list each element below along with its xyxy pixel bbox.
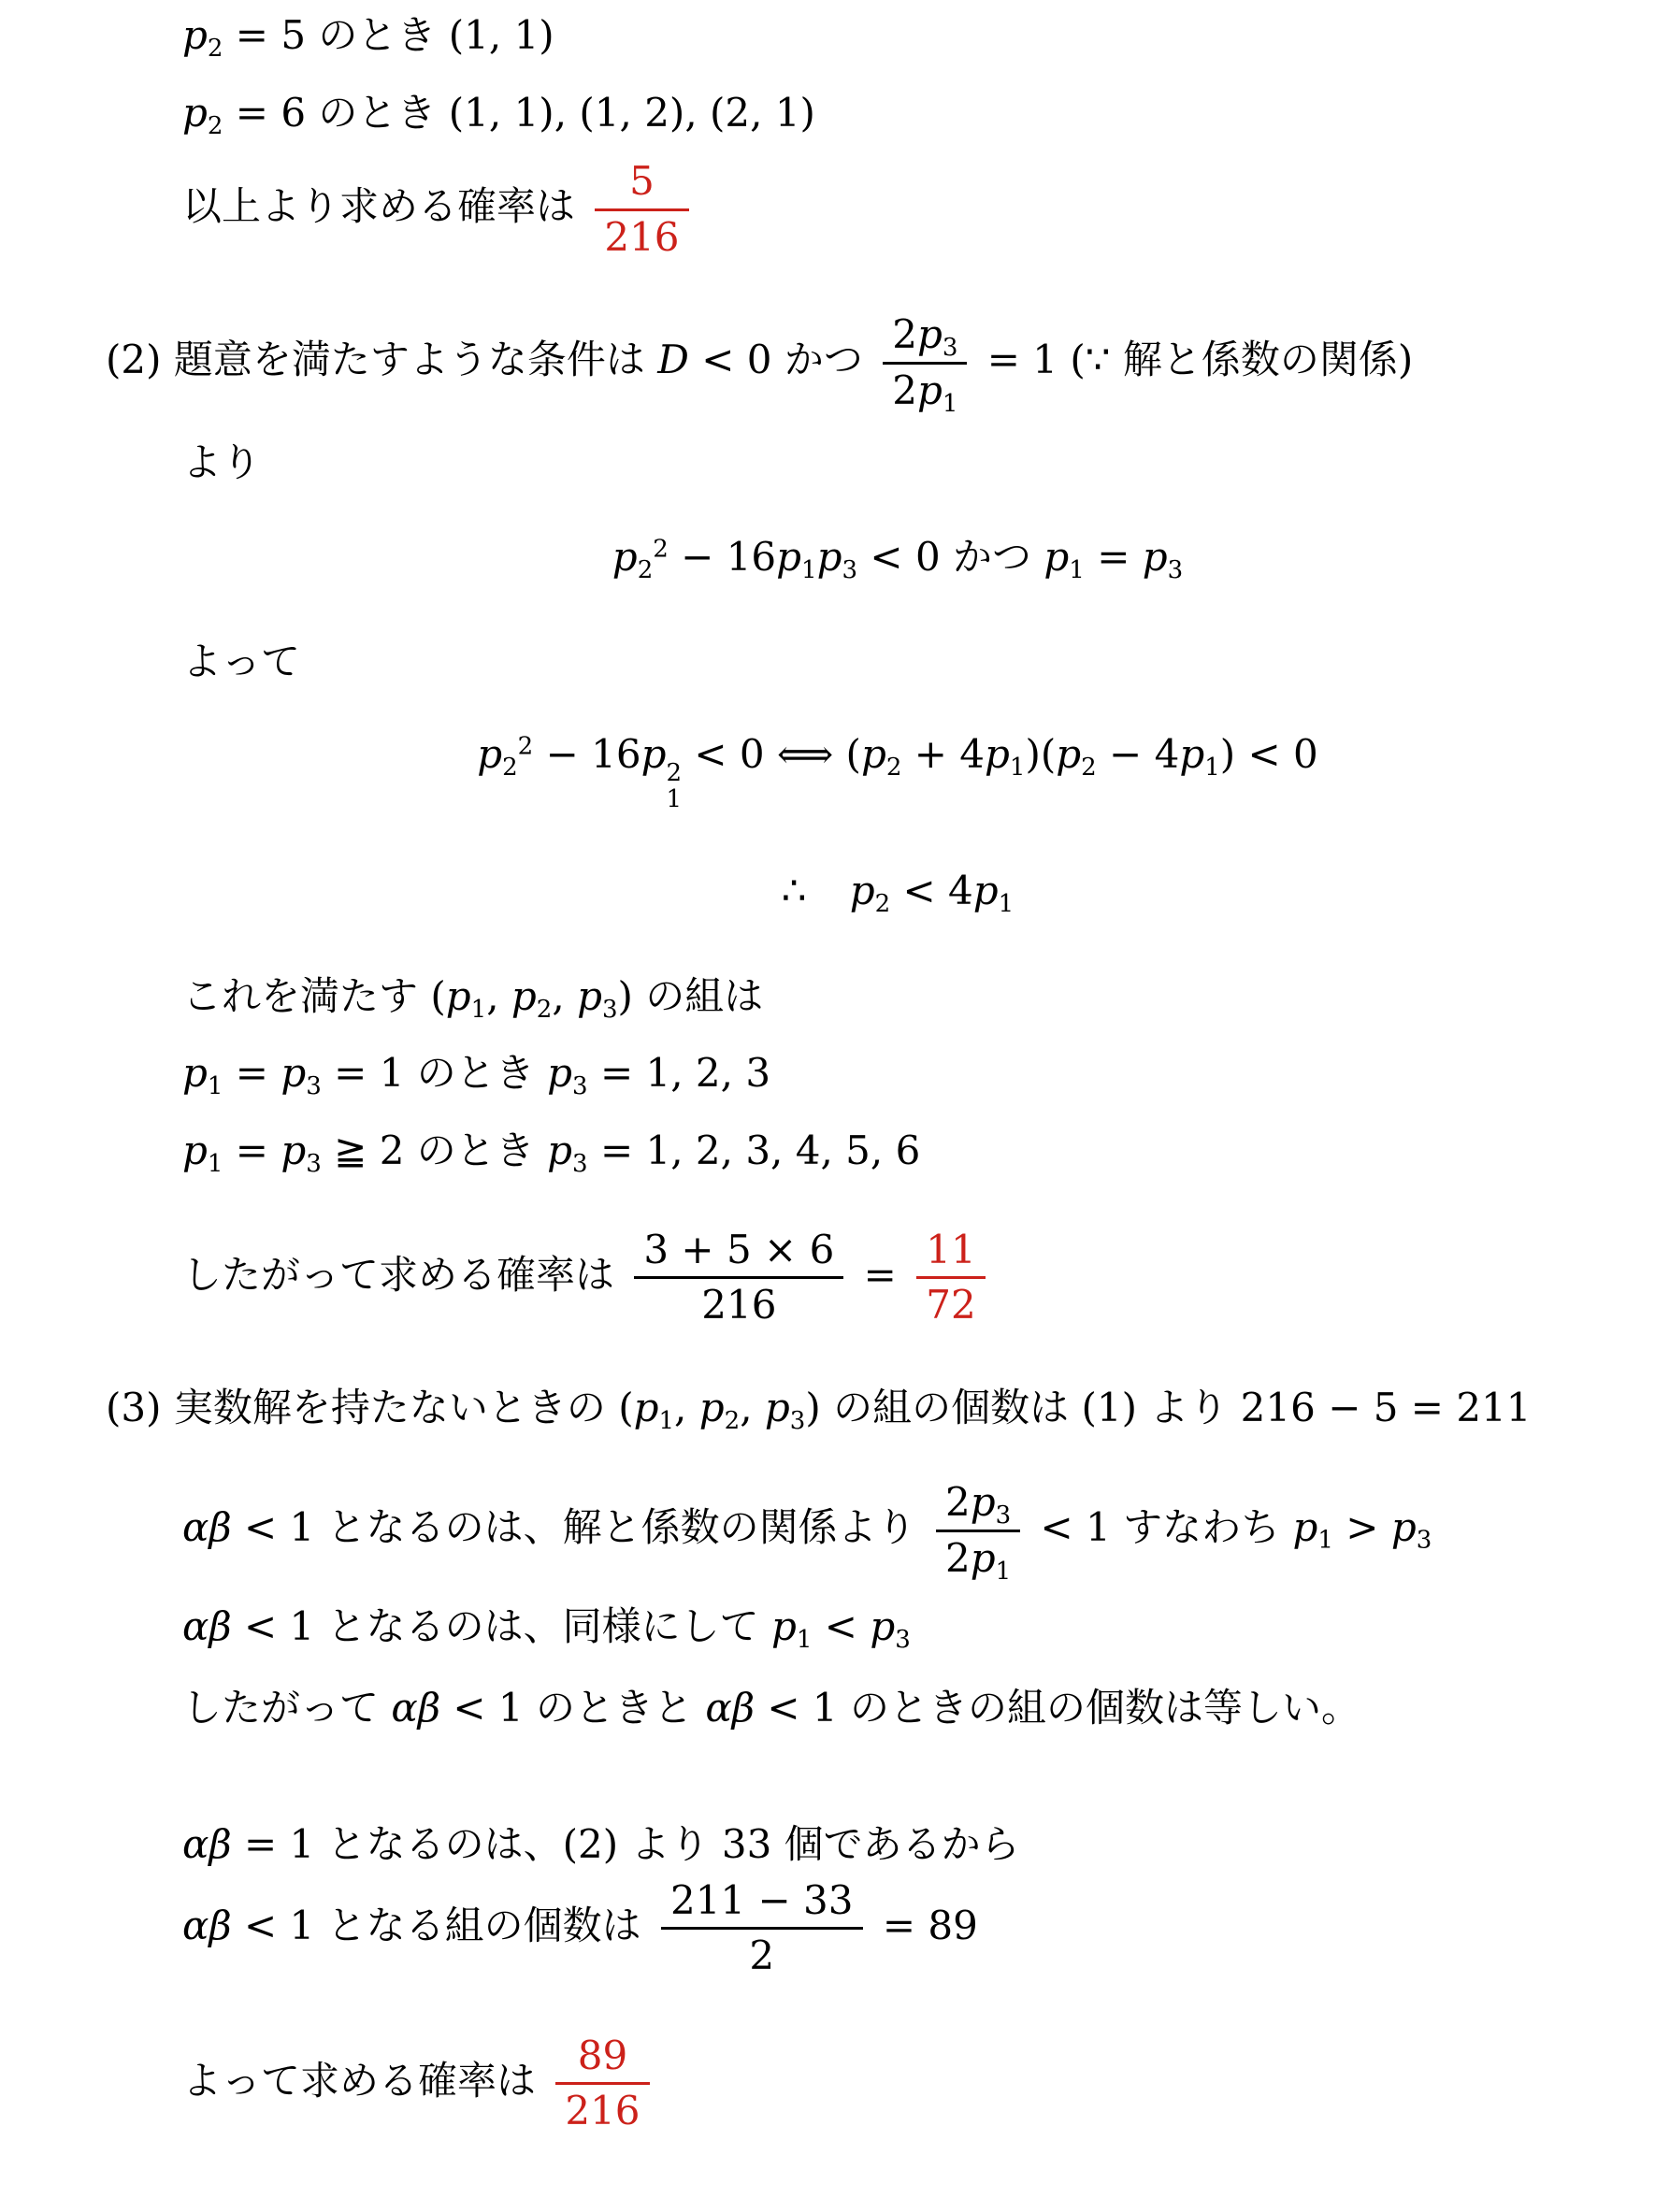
math-text: < 4 [890, 868, 973, 913]
math-text: 211 − 33 [670, 1877, 854, 1923]
math-text: ( [430, 973, 445, 1019]
math-variable: p [182, 1050, 208, 1096]
math-text: 5 [629, 158, 655, 204]
math-variable: p [817, 534, 842, 580]
math-text: 3 + 5 × 6 [643, 1227, 834, 1272]
math-text: 216 [701, 1282, 776, 1328]
fraction-denominator: 2p1 [883, 362, 967, 414]
math-variable: p [182, 90, 208, 136]
math-variable: αβ [182, 1504, 232, 1550]
fraction: 211 − 332 [661, 1877, 863, 1980]
subscript: 1 [658, 1406, 674, 1434]
math-variable: p [182, 12, 208, 58]
ja-text: のとき [318, 90, 448, 136]
superscript: 2 [653, 535, 669, 563]
fraction-numerator: 2p3 [936, 1479, 1020, 1529]
math-variable: p [281, 1050, 306, 1096]
math-text: 216 [565, 2088, 640, 2133]
subscript: 1 [1010, 754, 1026, 782]
math-text: = 1, 2, 3 [588, 1050, 770, 1096]
subscript: 2 [725, 1406, 741, 1434]
ja-text: となるのは、 [327, 1821, 563, 1867]
math-text: ) [618, 973, 646, 1019]
fraction-numerator: 5 [595, 158, 688, 208]
math-text: (3) [106, 1385, 174, 1430]
math-text: , [674, 1385, 699, 1430]
math-text: = 1 [322, 1050, 417, 1096]
line-case-geq-2: p1 = p3 ≧ 2 のとき p3 = 1, 2, 3, 4, 5, 6 [182, 1125, 1655, 1178]
math-text: 2 [945, 1535, 971, 1581]
line-yori: より [182, 437, 1655, 490]
ja-text: のときの組の個数は等しい。 [850, 1685, 1360, 1731]
line-ab-less-1-vieta: αβ < 1 となるのは、解と係数の関係より 2p32p1 < 1 すなわち p… [182, 1479, 1655, 1582]
ja-text: かつ [953, 534, 1043, 580]
subscript: 2 [886, 754, 902, 782]
math-text: ∴ [782, 868, 807, 913]
fraction: 1172 [916, 1227, 985, 1329]
math-variable: p [577, 973, 602, 1019]
subscript: 3 [842, 555, 858, 583]
math-text: = [223, 1050, 281, 1096]
subscript: 3 [943, 334, 958, 362]
math-text: 216 [604, 214, 679, 260]
ja-text: となる組の個数は [327, 1903, 654, 1948]
subscript: 3 [895, 1626, 911, 1654]
math-text: = [1085, 534, 1143, 580]
math-variable: p [1043, 534, 1069, 580]
ja-text: 以上より求める確率は [182, 183, 587, 229]
fraction-denominator: 216 [555, 2082, 649, 2134]
stack-superscript: 2 [666, 761, 682, 786]
math-text: + 4 [901, 731, 985, 777]
line-counts-equal: したがって αβ < 1 のときと αβ < 1 のときの組の個数は等しい。 [182, 1682, 1655, 1735]
ja-text: 解と係数の関係 [1123, 337, 1398, 382]
superscript: 2 [518, 733, 534, 761]
math-variable: p [971, 1535, 996, 1581]
math-variable: p [1293, 1504, 1318, 1550]
subscript: 2 [1081, 754, 1097, 782]
subscript: 1 [943, 389, 958, 417]
subscript: 1 [801, 555, 817, 583]
math-text: 216 − 5 = 211 [1241, 1385, 1532, 1430]
math-variable: p [1391, 1504, 1417, 1550]
subscript: 3 [602, 995, 618, 1023]
subscript: 2 [638, 555, 654, 583]
fraction: 2p32p1 [883, 311, 967, 414]
math-text: = 1 [232, 1821, 327, 1867]
line-ab-less-1-count: αβ < 1 となる組の個数は 211 − 332 = 89 [182, 1877, 1655, 1980]
math-variable: D [657, 337, 689, 382]
subscript: 1 [996, 1557, 1012, 1585]
subscript: 2 [537, 995, 553, 1023]
ja-text: の組の個数は [833, 1385, 1081, 1430]
math-text: 33 [722, 1821, 784, 1867]
subscript: 1 [1317, 1527, 1333, 1555]
math-variable: p [547, 1128, 572, 1173]
subscript: 3 [996, 1501, 1012, 1530]
subscript: 2 [208, 35, 223, 63]
subscript: 3 [306, 1150, 322, 1178]
math-variable: p [765, 1385, 790, 1430]
math-text: < 1 [1028, 1504, 1123, 1550]
subscript: 3 [572, 1150, 588, 1178]
subscript: 1 [208, 1150, 223, 1178]
line-p2-equals-5: p2 = 5 のとき (1, 1) [182, 9, 1655, 63]
math-variable: p [182, 1128, 208, 1173]
line-part2-condition: (2) 題意を満たすような条件は D < 0 かつ 2p32p1 = 1 (∵ … [106, 311, 1655, 414]
ja-text: のときと [536, 1685, 705, 1731]
line-part3-count: (3) 実数解を持たないときの (p1, p2, p3) の組の個数は (1) … [106, 1382, 1655, 1435]
math-text: 2 [892, 311, 917, 357]
sub-sup-stack: 21 [666, 761, 682, 812]
math-text: ) [1398, 337, 1413, 382]
math-variable: p [776, 534, 801, 580]
ja-text: より [630, 1821, 721, 1867]
line-ab-less-1-similar: αβ < 1 となるのは、同様にして p1 < p3 [182, 1601, 1655, 1654]
math-variable: αβ [182, 1903, 232, 1948]
math-text: 2 [892, 367, 917, 413]
fraction-denominator: 216 [634, 1276, 843, 1329]
ja-text: よって求める確率は [182, 2058, 548, 2104]
math-variable: p [973, 868, 999, 913]
ja-text: よって [182, 639, 300, 684]
subscript: 1 [797, 1626, 813, 1654]
math-text: − 4 [1097, 731, 1180, 777]
math-variable: p [1056, 731, 1081, 777]
math-text: = 1, 2, 3, 4, 5, 6 [588, 1128, 921, 1173]
math-text: − 16 [533, 731, 640, 777]
ja-text: すなわち [1123, 1504, 1292, 1550]
fraction-denominator: 2p1 [936, 1530, 1020, 1582]
math-variable: p [861, 731, 886, 777]
fraction-numerator: 3 + 5 × 6 [634, 1227, 843, 1276]
line-eq-factored: p22 − 16p21 < 0 ⟺ (p2 + 4p1)(p2 − 4p1) <… [0, 728, 1655, 812]
math-text: )( [1025, 731, 1056, 777]
math-variable: αβ [182, 1821, 232, 1867]
math-variable: αβ [705, 1685, 755, 1731]
math-variable: p [1179, 731, 1204, 777]
fraction-denominator: 72 [916, 1276, 985, 1329]
subscript: 3 [1168, 555, 1184, 583]
ja-text: これを満たす [182, 973, 430, 1019]
math-text: < [812, 1603, 870, 1649]
line-ab-equal-1-count: αβ = 1 となるのは、(2) より 33 個であるから [182, 1818, 1655, 1872]
math-variable: p [771, 1603, 797, 1649]
math-variable: p [511, 973, 537, 1019]
math-variable: p [985, 731, 1010, 777]
ja-text: より [182, 439, 261, 485]
math-text: > [1333, 1504, 1391, 1550]
math-variable: p [281, 1128, 306, 1173]
fraction-numerator: 89 [555, 2032, 649, 2082]
ja-text: となるのは、解と係数の関係より [327, 1504, 928, 1550]
math-variable: p [477, 731, 502, 777]
math-text: < 0 ⟺ ( [682, 731, 861, 777]
math-text: 72 [926, 1282, 975, 1328]
ja-text: のとき [417, 1050, 547, 1096]
line-therefore: ∴p2 < 4p1 [0, 865, 1655, 918]
line-eq-discriminant: p22 − 16p1p3 < 0 かつ p1 = p3 [0, 531, 1655, 584]
math-variable: p [699, 1385, 725, 1430]
math-text: < 1 [755, 1685, 850, 1731]
subscript: 3 [572, 1072, 588, 1100]
subscript: 1 [208, 1072, 223, 1100]
math-text: , [486, 973, 511, 1019]
math-variable: p [446, 973, 471, 1019]
ja-text: より [1149, 1385, 1240, 1430]
math-text: ≧ 2 [322, 1128, 417, 1173]
math-text: < 1 [232, 1903, 327, 1948]
fraction-denominator: 2 [661, 1927, 863, 1979]
ja-text: 個であるから [784, 1821, 1020, 1867]
math-variable: p [641, 731, 667, 777]
math-text: (1) [1081, 1385, 1149, 1430]
ja-text: 題意を満たすような条件は [174, 337, 657, 382]
fraction: 5216 [595, 158, 688, 261]
math-text: (1, 1) [449, 12, 554, 58]
fraction-numerator: 11 [916, 1227, 985, 1276]
ja-text: の組は [645, 973, 763, 1019]
ja-text: のとき [417, 1128, 547, 1173]
fraction: 3 + 5 × 6216 [634, 1227, 843, 1329]
subscript: 1 [1204, 754, 1220, 782]
math-variable: p [547, 1050, 572, 1096]
subscript: 1 [471, 995, 487, 1023]
fraction-numerator: 2p3 [883, 311, 967, 361]
line-p2-equals-6: p2 = 6 のとき (1, 1), (1, 2), (2, 1) [182, 87, 1655, 140]
math-text: < 1 [440, 1685, 536, 1731]
math-text: , [552, 973, 577, 1019]
math-text: (2) [563, 1821, 631, 1867]
line-yotte: よって [182, 636, 1655, 689]
math-text: ) [805, 1385, 833, 1430]
math-text: 11 [926, 1227, 975, 1272]
subscript: 2 [875, 890, 891, 918]
subscript: 2 [502, 754, 518, 782]
math-text: − 16 [669, 534, 776, 580]
math-text: < 0 [857, 534, 953, 580]
line-answer-1: 以上より求める確率は 5216 [182, 158, 1655, 261]
subscript: 2 [208, 111, 223, 139]
math-text: = 1 (∵ [974, 337, 1122, 382]
math-text: = [851, 1252, 909, 1298]
math-text: = 89 [871, 1903, 978, 1948]
math-solution-document: p2 = 5 のとき (1, 1)p2 = 6 のとき (1, 1), (1, … [0, 0, 1655, 2212]
math-text: < 1 [232, 1504, 327, 1550]
math-variable: p [917, 367, 943, 413]
math-text: ) < 0 [1220, 731, 1318, 777]
math-variable: αβ [391, 1685, 440, 1731]
math-text: 89 [578, 2032, 627, 2078]
line-answer-2: したがって求める確率は 3 + 5 × 6216 = 1172 [182, 1227, 1655, 1329]
math-text: 2 [945, 1479, 971, 1525]
subscript: 3 [790, 1406, 806, 1434]
ja-text: したがって [182, 1685, 391, 1731]
math-text: = 6 [223, 90, 318, 136]
math-variable: p [870, 1603, 895, 1649]
math-variable: αβ [182, 1603, 232, 1649]
fraction: 2p32p1 [936, 1479, 1020, 1582]
fraction-numerator: 211 − 33 [661, 1877, 863, 1927]
ja-text: のとき [318, 12, 448, 58]
fraction-denominator: 216 [595, 208, 688, 261]
line-tuples-intro: これを満たす (p1, p2, p3) の組は [182, 970, 1655, 1024]
line-answer-3: よって求める確率は 89216 [182, 2032, 1655, 2135]
math-variable: p [850, 868, 875, 913]
subscript: 3 [1417, 1527, 1432, 1555]
math-text: ( [618, 1385, 633, 1430]
stack-subscript: 1 [666, 787, 682, 812]
ja-text: したがって求める確率は [182, 1252, 626, 1298]
ja-text: となるのは、同様にして [327, 1603, 771, 1649]
math-text: = 5 [223, 12, 318, 58]
subscript: 1 [999, 890, 1015, 918]
math-variable: p [612, 534, 638, 580]
math-variable: p [634, 1385, 659, 1430]
math-text: , [740, 1385, 765, 1430]
ja-text: かつ [784, 337, 875, 382]
math-text: 2 [749, 1932, 774, 1978]
math-text: < 0 [689, 337, 784, 382]
math-variable: p [1143, 534, 1168, 580]
math-text: (2) [106, 337, 174, 382]
subscript: 3 [306, 1072, 322, 1100]
subscript: 1 [1069, 555, 1085, 583]
line-case-equal-1: p1 = p3 = 1 のとき p3 = 1, 2, 3 [182, 1047, 1655, 1100]
math-text: = [223, 1128, 281, 1173]
fraction: 89216 [555, 2032, 649, 2135]
ja-text: 実数解を持たないときの [174, 1385, 618, 1430]
math-variable: p [917, 311, 943, 357]
math-text: < 1 [232, 1603, 327, 1649]
math-variable: p [971, 1479, 996, 1525]
math-text: (1, 1), (1, 2), (2, 1) [449, 90, 815, 136]
